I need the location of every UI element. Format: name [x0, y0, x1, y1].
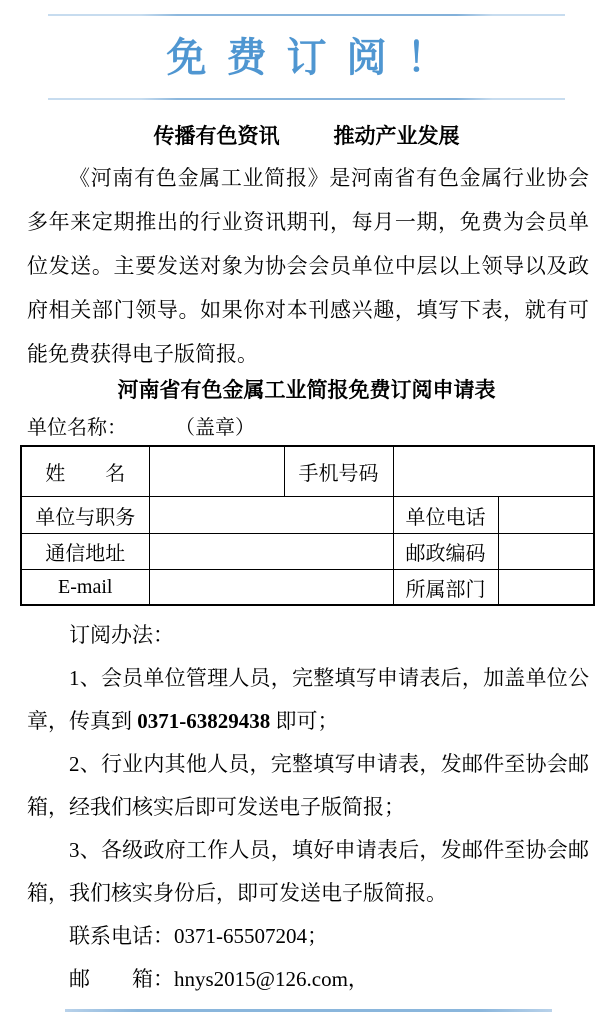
method-item-1-suffix: 即可； — [270, 709, 338, 733]
bottom-rule — [65, 1009, 552, 1012]
address-label-cell: 通信地址 — [21, 534, 149, 570]
intro-paragraph: 《河南有色金属工业简报》是河南省有色金属行业协会多年来定期推出的行业资讯期刊，每… — [27, 156, 589, 376]
mobile-input-cell[interactable] — [393, 446, 594, 497]
contact-email-line: 邮 箱：hnys2015@126.com， — [27, 958, 589, 1001]
methods-heading: 订阅办法： — [27, 614, 589, 657]
unit-position-label-cell: 单位与职务 — [21, 497, 149, 534]
name-label-cell: 姓 名 — [21, 446, 149, 497]
page-title: 免费订阅！ — [0, 34, 613, 82]
method-item-3: 3、各级政府工作人员，填好申请表后，发邮件至协会邮箱，我们核实身份后，即可发送电… — [27, 829, 589, 915]
unit-name-line: 单位名称：（盖章） — [27, 414, 613, 442]
top-rule — [48, 14, 565, 16]
slogan-left: 传播有色资讯 — [154, 122, 280, 150]
fax-number: 0371-63829438 — [137, 709, 270, 733]
table-row: E-mail 所属部门 — [21, 570, 594, 606]
subscription-methods: 订阅办法： 1、会员单位管理人员，完整填写申请表后，加盖单位公章，传真到 037… — [0, 614, 613, 1001]
table-row: 姓 名 手机号码 — [21, 446, 594, 497]
unit-phone-input-cell[interactable] — [498, 497, 594, 534]
unit-phone-label-cell: 单位电话 — [393, 497, 498, 534]
address-input-cell[interactable] — [149, 534, 393, 570]
table-row: 通信地址 邮政编码 — [21, 534, 594, 570]
form-title: 河南省有色金属工业简报免费订阅申请表 — [0, 376, 613, 404]
unit-name-label: 单位名称： — [27, 417, 127, 439]
method-item-2: 2、行业内其他人员，完整填写申请表，发邮件至协会邮箱，经我们核实后即可发送电子版… — [27, 743, 589, 829]
name-input-cell[interactable] — [149, 446, 284, 497]
contact-phone-line: 联系电话：0371-65507204； — [27, 915, 589, 958]
unit-position-input-cell[interactable] — [149, 497, 393, 534]
department-input-cell[interactable] — [498, 570, 594, 606]
slogan-right: 推动产业发展 — [334, 122, 460, 150]
postcode-label-cell: 邮政编码 — [393, 534, 498, 570]
slogan: 传播有色资讯 推动产业发展 — [0, 122, 613, 150]
title-underline-rule — [48, 98, 565, 100]
mobile-label-cell: 手机号码 — [284, 446, 393, 497]
table-row: 单位与职务 单位电话 — [21, 497, 594, 534]
subscription-form-table: 姓 名 手机号码 单位与职务 单位电话 通信地址 邮政编码 E-mail 所属部… — [20, 445, 595, 606]
method-item-1: 1、会员单位管理人员，完整填写申请表后，加盖单位公章，传真到 0371-6382… — [27, 657, 589, 743]
email-input-cell[interactable] — [149, 570, 393, 606]
unit-stamp-label: （盖章） — [185, 417, 255, 439]
department-label-cell: 所属部门 — [393, 570, 498, 606]
email-label-cell: E-mail — [21, 570, 149, 606]
postcode-input-cell[interactable] — [498, 534, 594, 570]
